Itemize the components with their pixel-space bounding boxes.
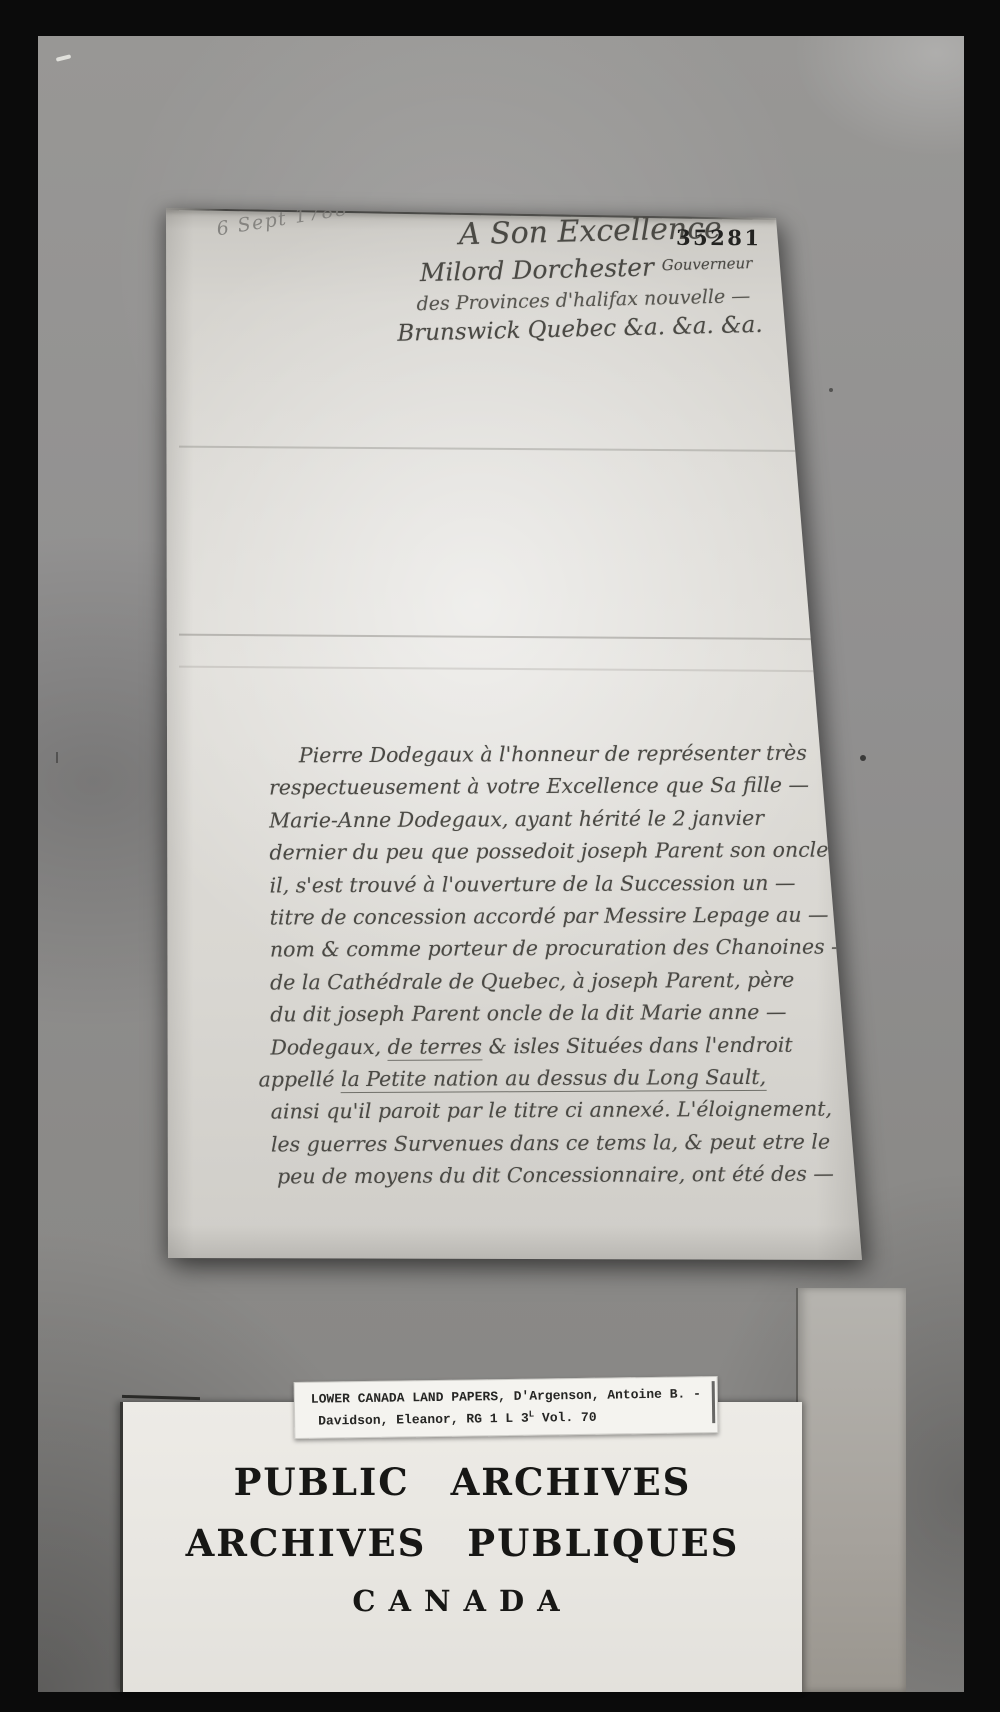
manuscript-line: peu de moyens du dit Concessionnaire, on… [277, 1158, 831, 1193]
manuscript-line: ainsi qu'il paroit par le titre ci annex… [271, 1093, 831, 1128]
page-bottom-edge [166, 1259, 858, 1264]
photo-speck [56, 752, 58, 763]
manuscript-line: de la Cathédrale de Quebec, à joseph Par… [270, 963, 830, 998]
manuscript-text-segment: Pierre Dodegaux à l'honneur de représent… [299, 741, 807, 768]
manuscript-text-segment: des Provinces d'halifax nouvelle — [416, 285, 750, 315]
manuscript-page: 6 Sept 1788 A Son ExcellenceMilord Dorch… [158, 198, 866, 1268]
microfilm-frame: 6 Sept 1788 A Son ExcellenceMilord Dorch… [0, 0, 1000, 1712]
manuscript-line: dernier du peu que possedoit joseph Pare… [269, 834, 829, 869]
archives-card: PUBLIC ARCHIVES ARCHIVES PUBLIQUES CANAD… [120, 1402, 802, 1692]
manuscript-text-segment: appellé [259, 1067, 341, 1091]
reference-label-line2-suffix: Vol. 70 [534, 1410, 597, 1426]
manuscript-page-wrap: 6 Sept 1788 A Son ExcellenceMilord Dorch… [158, 198, 866, 1268]
manuscript-text-segment: Brunswick Quebec &a. &a. &a. [397, 312, 763, 347]
manuscript-text-segment: les guerres Survenues dans ce tems la, &… [271, 1129, 830, 1156]
manuscript-text-segment: peu de moyens du dit Concessionnaire, on… [277, 1162, 834, 1189]
manuscript-text-segment: nom & comme porteur de procuration des C… [270, 935, 852, 962]
manuscript-line: titre de concession accordé par Messire … [270, 899, 830, 934]
manuscript-line: Marie-Anne Dodegaux, ayant hérité le 2 j… [269, 801, 829, 836]
archival-number-stamp: 35281 [676, 225, 762, 251]
manuscript-text-segment: ainsi qu'il paroit par le titre ci annex… [271, 1097, 832, 1124]
manuscript-text-segment: & isles Situées dans l'endroit [482, 1032, 793, 1058]
manuscript-text-segment: du dit joseph Parent oncle de la dit Mar… [270, 1000, 786, 1027]
reference-label-line2-prefix: Davidson, Eleanor, RG 1 L 3 [318, 1411, 529, 1429]
manuscript-line: Brunswick Quebec &a. &a. &a. [397, 312, 763, 347]
manuscript-line: nom & comme porteur de procuration des C… [270, 931, 830, 966]
manuscript-text-segment: il, s'est trouvé à l'ouverture de la Suc… [270, 870, 796, 897]
archives-card-title-en: PUBLIC ARCHIVES [123, 1460, 802, 1504]
manuscript-text-segment: la Petite nation au dessus du Long Sault… [341, 1065, 766, 1093]
manuscript-line: appellé la Petite nation au dessus du Lo… [259, 1061, 831, 1096]
manuscript-text-segment: titre de concession accordé par Messire … [270, 903, 829, 930]
manuscript-line: respectueusement à votre Excellence que … [269, 769, 829, 804]
manuscript-line: Dodegaux, de terres & isles Situées dans… [270, 1028, 830, 1063]
fold-crease [179, 446, 845, 453]
manuscript-text-segment: de la Cathédrale de Quebec, à joseph Par… [270, 968, 794, 995]
fold-crease [179, 666, 845, 673]
manuscript-text-segment: Marie-Anne Dodegaux, ayant hérité le 2 j… [269, 806, 764, 833]
manuscript-line: les guerres Survenues dans ce tems la, &… [271, 1125, 831, 1160]
reference-label: LOWER CANADA LAND PAPERS, D'Argenson, An… [294, 1376, 719, 1439]
fold-crease [179, 634, 845, 641]
manuscript-text-segment: Gouverneur [662, 254, 753, 274]
manuscript-text-segment: dernier du peu que possedoit joseph Pare… [269, 838, 835, 865]
backing-strip [796, 1288, 906, 1692]
manuscript-body: Pierre Dodegaux à l'honneur de représent… [269, 737, 831, 1194]
manuscript-line: Milord Dorchester Gouverneur [419, 250, 761, 287]
date-annotation: 6 Sept 1788 [215, 198, 350, 241]
archives-card-title-fr: ARCHIVES PUBLIQUES [123, 1521, 802, 1565]
manuscript-line: il, s'est trouvé à l'ouverture de la Suc… [269, 866, 829, 901]
manuscript-text-segment: Dodegaux, [270, 1035, 387, 1060]
reference-label-line2: Davidson, Eleanor, RG 1 L 3L Vol. 70 [318, 1403, 718, 1431]
archives-card-country: CANADA [123, 1584, 802, 1618]
manuscript-line: des Provinces d'halifax nouvelle — [416, 285, 762, 315]
manuscript-text-segment: respectueusement à votre Excellence que … [269, 773, 809, 800]
manuscript-line: Pierre Dodegaux à l'honneur de représent… [299, 737, 829, 772]
manuscript-text-segment: de terres [388, 1034, 483, 1060]
manuscript-text-segment: Milord Dorchester [419, 252, 662, 287]
photo-speck [829, 388, 833, 392]
manuscript-line: du dit joseph Parent oncle de la dit Mar… [270, 996, 830, 1031]
photo-speck [860, 755, 866, 761]
